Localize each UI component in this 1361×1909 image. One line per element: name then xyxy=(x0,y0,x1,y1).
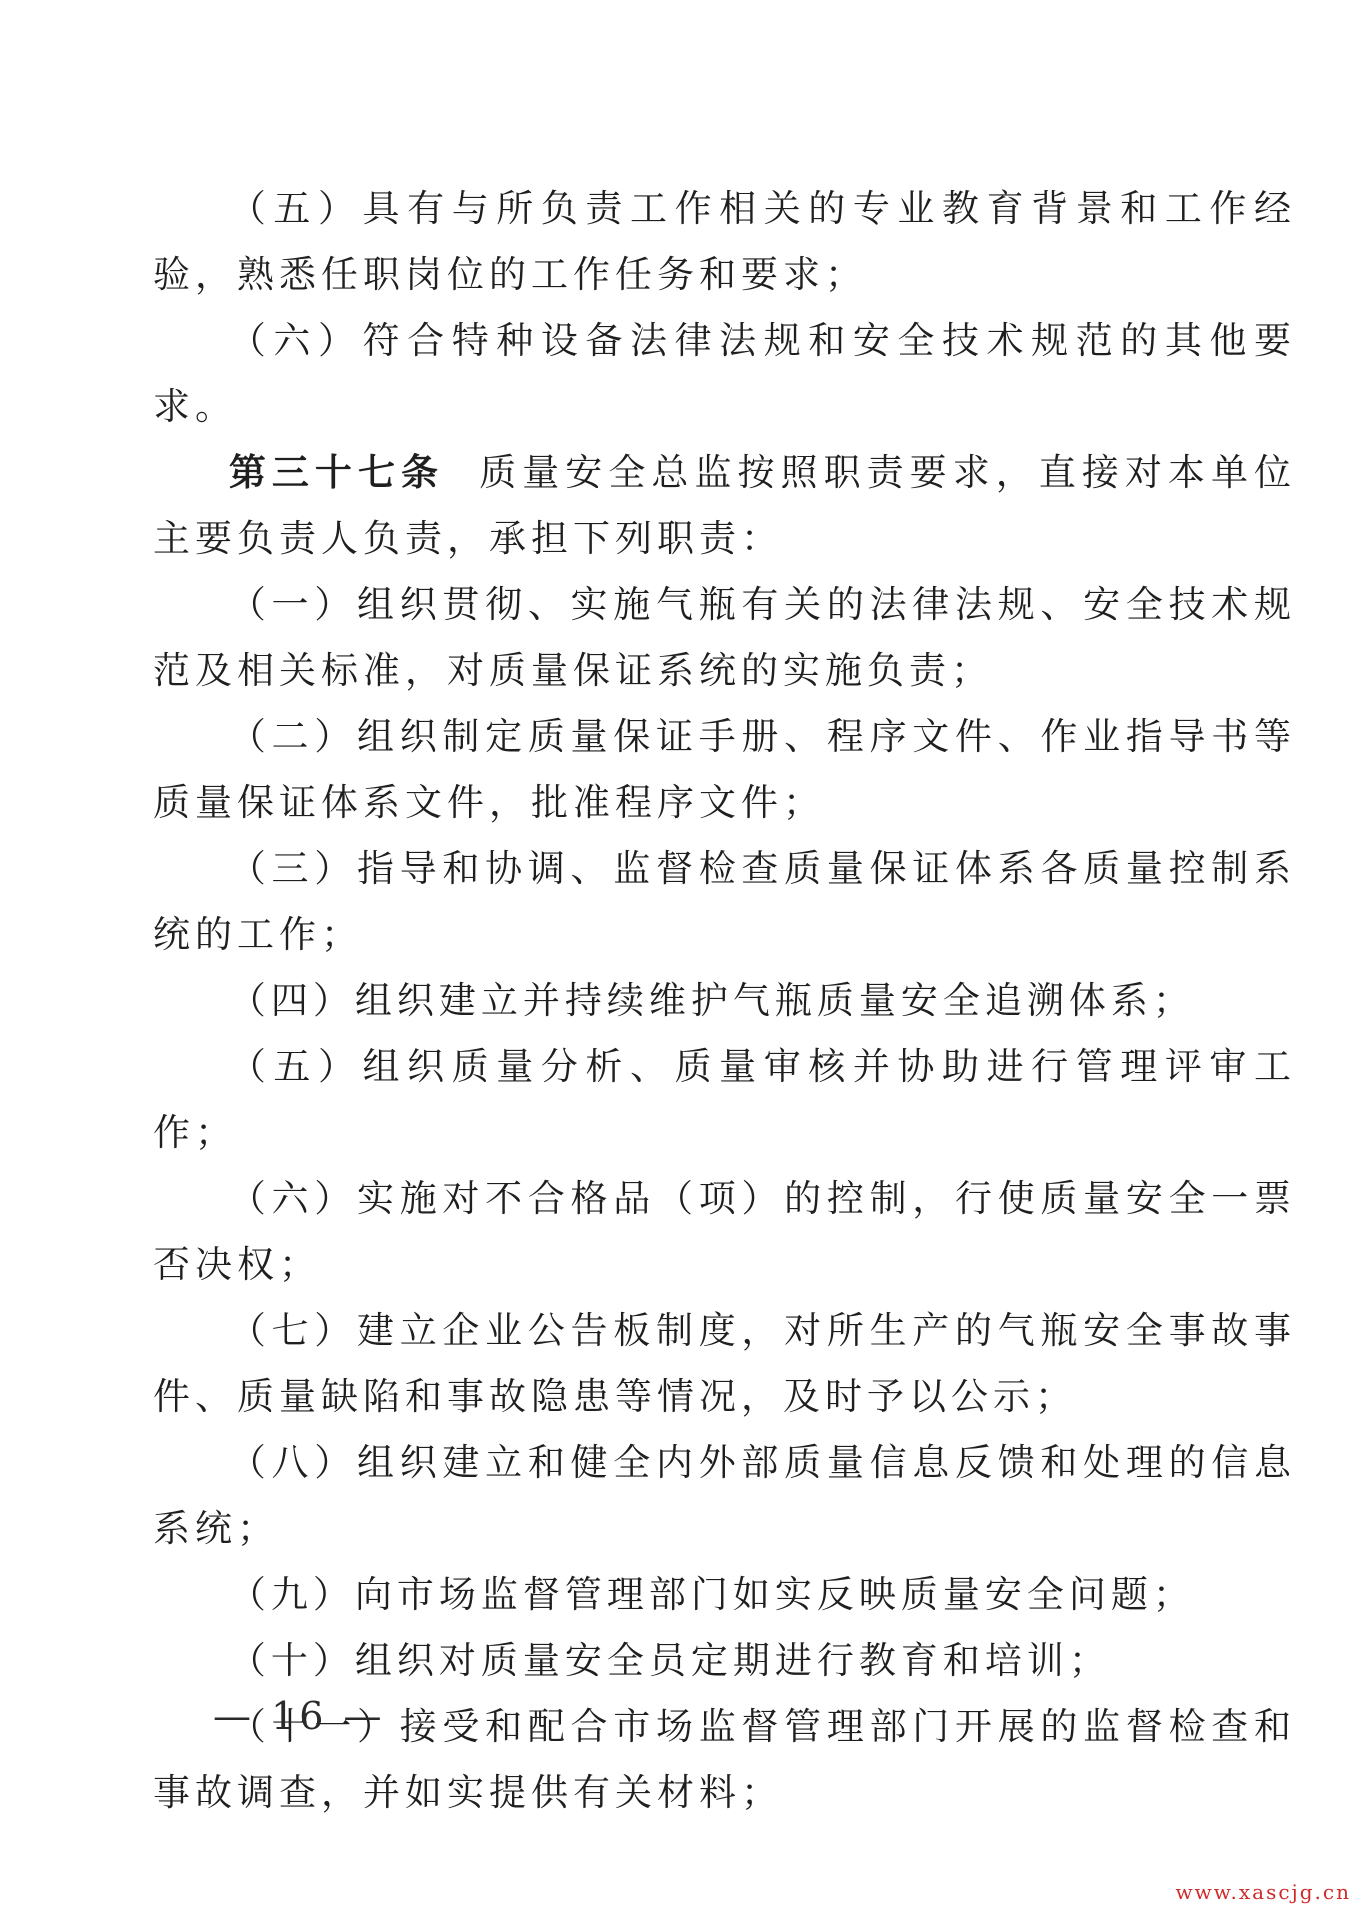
document-body: （五）具有与所负责工作相关的专业教育背景和工作经验，熟悉任职岗位的工作任务和要求… xyxy=(153,176,1296,1826)
paragraph: （九）向市场监督管理部门如实反映质量安全问题； xyxy=(153,1562,1296,1628)
paragraph-article-37: 第三十七条质量安全总监按照职责要求，直接对本单位主要负责人负责，承担下列职责： xyxy=(153,440,1296,572)
document-page: （五）具有与所负责工作相关的专业教育背景和工作经验，熟悉任职岗位的工作任务和要求… xyxy=(0,0,1361,1909)
watermark-url: www.xascjg.cn xyxy=(1176,1880,1351,1904)
paragraph: （一）组织贯彻、实施气瓶有关的法律法规、安全技术规范及相关标准，对质量保证系统的… xyxy=(153,572,1296,704)
paragraph: （六）符合特种设备法律法规和安全技术规范的其他要求。 xyxy=(153,308,1296,440)
paragraph: （四）组织建立并持续维护气瓶质量安全追溯体系； xyxy=(153,968,1296,1034)
page-number: — 16 — xyxy=(213,1694,386,1738)
paragraph: （七）建立企业公告板制度，对所生产的气瓶安全事故事件、质量缺陷和事故隐患等情况，… xyxy=(153,1298,1296,1430)
paragraph: （五）组织质量分析、质量审核并协助进行管理评审工作； xyxy=(153,1034,1296,1166)
paragraph: （五）具有与所负责工作相关的专业教育背景和工作经验，熟悉任职岗位的工作任务和要求… xyxy=(153,176,1296,308)
article-number-label: 第三十七条 xyxy=(229,451,444,494)
paragraph: （三）指导和协调、监督检查质量保证体系各质量控制系统的工作； xyxy=(153,836,1296,968)
paragraph: （八）组织建立和健全内外部质量信息反馈和处理的信息系统； xyxy=(153,1430,1296,1562)
paragraph: （六）实施对不合格品（项）的控制，行使质量安全一票否决权； xyxy=(153,1166,1296,1298)
paragraph: （十）组织对质量安全员定期进行教育和培训； xyxy=(153,1628,1296,1694)
paragraph: （二）组织制定质量保证手册、程序文件、作业指导书等质量保证体系文件，批准程序文件… xyxy=(153,704,1296,836)
